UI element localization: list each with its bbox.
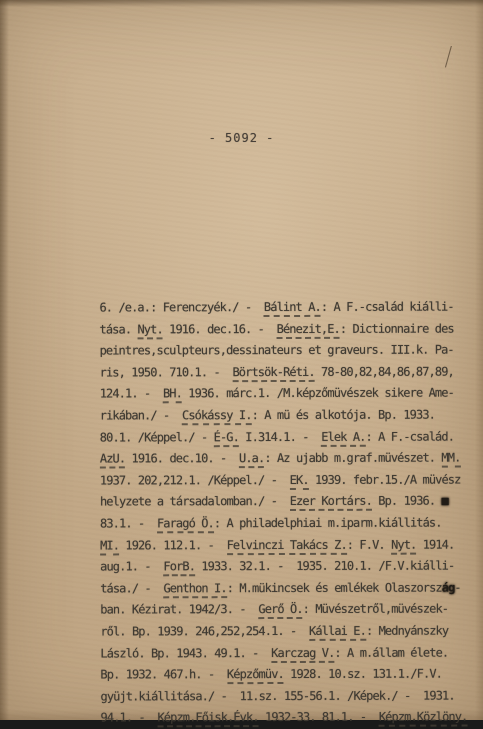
text-segment: I.314.1. -: [239, 429, 321, 443]
text-segment: Gerő Ö.: [258, 602, 302, 619]
text-segment: Ezer Kortárs.: [290, 494, 372, 511]
text-line: rikában./ - Csókássy I.: A mü és alkotój…: [100, 404, 472, 427]
text-segment: aug.1. -: [100, 559, 163, 573]
text-segment: ForB.: [163, 559, 195, 576]
text-segment: Genthon I.: [163, 581, 226, 598]
text-line: tása./ - Genthon I.: M.mükincsek és emlé…: [100, 577, 472, 600]
text-segment: : M.mükincsek és emlékek Olaszorsz: [227, 580, 442, 595]
text-segment: 80.1. /Képpel./ -: [100, 430, 214, 444]
text-line: László. Bp. 1943. 49.1. - Karczag V.: A …: [100, 642, 472, 665]
text-line: AzU. 1916. dec.10. - U.a.: Az ujabb m.gr…: [100, 448, 472, 471]
text-segment: ■: [442, 494, 448, 508]
scanned-page: / - 5092 - 6. /e.a.: Ferenczyék./ - Báli…: [0, 0, 483, 720]
text-line: gyüjt.kiállitása./ - 11.sz. 155-56.1. /K…: [100, 685, 472, 708]
text-line: peintres,sculpteurs,dessinateurs et grav…: [100, 340, 472, 363]
pen-mark: /: [444, 42, 452, 72]
text-segment: Felvinczi Takács Z.: [227, 537, 347, 554]
text-segment: 1939. febr.15./A müvész: [309, 472, 461, 486]
text-segment: 1936. márc.1. /M.képzőmüvészek sikere Am…: [182, 386, 454, 401]
text-segment: EK.: [290, 473, 309, 490]
text-segment: AzU.: [100, 452, 125, 469]
text-segment: 94.1. -: [101, 711, 158, 720]
text-line: ris, 1950. 710.1. - Börtsök-Réti. 78-80,…: [100, 361, 472, 384]
text-segment: : A mü és alkotója. Bp. 1933.: [252, 408, 435, 422]
text-segment: Elek A.: [321, 429, 365, 446]
text-segment: tása.: [99, 322, 137, 336]
text-line: ban. Kézirat. 1942/3. - Gerő Ö.: Müvésze…: [100, 599, 472, 622]
text-segment: 1937. 202,212.1. /Képpel./ -: [100, 473, 290, 487]
text-line: Bp. 1932. 467.h. - Képzőmüv. 1928. 10.sz…: [100, 664, 472, 687]
text-segment: Bálint A.: [264, 300, 321, 317]
typewritten-text: 6. /e.a.: Ferenczyék./ - Bálint A.: A F.…: [99, 297, 472, 720]
text-line: ről. Bp. 1939. 246,252,254.1. - Kállai E…: [100, 620, 472, 643]
text-line: 94.1. - Képzm.Főisk.Évk. 1932-33. 81.1. …: [101, 707, 473, 720]
text-segment: Bénezit,E.: [277, 321, 340, 338]
text-segment: BH.: [163, 387, 182, 404]
text-segment: 1932-33. 81.1. -: [259, 710, 379, 720]
text-segment: ről. Bp. 1939. 246,252,254.1. -: [100, 624, 309, 639]
text-segment: : Müvészetről,müvészek-: [303, 602, 449, 616]
text-segment: Képzm.Főisk.Évk.: [157, 710, 258, 720]
text-segment: 83.1. -: [100, 516, 157, 530]
text-segment: 1926. 112.1. -: [119, 538, 227, 552]
text-segment: 6. /e.a.: Ferenczyék./ -: [99, 300, 263, 314]
text-segment: Bp. 1932. 467.h. -: [100, 667, 227, 681]
text-segment: Kállai E.: [309, 624, 366, 641]
text-segment: : A F.-család.: [365, 429, 454, 443]
text-segment: Faragó Ö.: [157, 516, 214, 533]
text-segment: MM.: [441, 451, 460, 468]
text-segment: Képzm.Közlöny.: [379, 710, 468, 720]
text-segment: 1916. dec.10. -: [125, 451, 239, 465]
text-segment: Képzőmüv.: [227, 667, 284, 684]
text-line: 83.1. - Faragó Ö.: A philadelphiai m.ipa…: [100, 512, 472, 535]
text-line: helyzete a társadalomban./ - Ezer Kortár…: [100, 491, 472, 514]
text-segment: Nyt.: [391, 537, 416, 554]
text-segment: ris, 1950. 710.1. -: [100, 365, 233, 379]
text-segment: 1916. dec.16. -: [163, 322, 277, 336]
text-segment: -: [454, 580, 460, 594]
text-segment: Csókássy I.: [182, 408, 252, 425]
text-segment: gyüjt.kiállitása./ - 11.sz. 155-56.1. /K…: [100, 688, 454, 703]
text-segment: tása./ -: [100, 581, 163, 595]
text-segment: helyzete a társadalomban./ -: [100, 494, 290, 508]
text-segment: ban. Kézirat. 1942/3. -: [100, 602, 258, 616]
text-segment: 1933. 32.1. - 1935. 210.1. /F.V.kiálli-: [195, 559, 454, 574]
text-line: 80.1. /Képpel./ - É-G. I.314.1. - Elek A…: [100, 426, 472, 449]
text-segment: ág: [442, 580, 455, 594]
text-segment: László. Bp. 1943. 49.1. -: [100, 646, 271, 660]
text-segment: Nyt.: [137, 322, 162, 339]
text-line: 124.1. - BH. 1936. márc.1. /M.képzőmüvés…: [100, 383, 472, 406]
text-segment: Bp. 1936.: [372, 494, 442, 508]
text-segment: MI.: [100, 538, 119, 555]
text-segment: : Mednyánszky: [366, 623, 448, 637]
text-segment: 124.1. -: [100, 387, 163, 401]
text-segment: 1914.: [416, 537, 454, 551]
text-segment: Karczag V.: [271, 645, 334, 662]
text-segment: peintres,sculpteurs,dessinateurs et grav…: [100, 343, 454, 358]
page-number: - 5092 -: [0, 131, 483, 145]
text-segment: : A F.-család kiálli-: [321, 300, 454, 314]
text-segment: : F.V.: [347, 537, 391, 551]
text-line: MI. 1926. 112.1. - Felvinczi Takács Z.: …: [100, 534, 472, 557]
text-line: 1937. 202,212.1. /Képpel./ - EK. 1939. f…: [100, 469, 472, 492]
text-segment: : A m.állam élete.: [334, 645, 448, 659]
text-segment: : Az ujabb m.graf.müvészet.: [264, 451, 441, 465]
text-segment: É-G.: [214, 430, 239, 447]
text-line: tása. Nyt. 1916. dec.16. - Bénezit,E.: D…: [99, 318, 471, 341]
text-line: aug.1. - ForB. 1933. 32.1. - 1935. 210.1…: [100, 556, 472, 579]
text-segment: U.a.: [239, 451, 264, 468]
text-segment: 78-80,82,84,86,87,89,: [315, 364, 454, 378]
text-segment: rikában./ -: [100, 408, 182, 422]
text-segment: Börtsök-Réti.: [232, 365, 314, 382]
text-segment: : A philadelphiai m.iparm.kiállitás.: [214, 516, 442, 531]
text-segment: : Dictionnaire des: [340, 321, 454, 335]
text-line: 6. /e.a.: Ferenczyék./ - Bálint A.: A F.…: [99, 297, 471, 320]
text-segment: 1928. 10.sz. 131.1./F.V.: [284, 667, 442, 681]
